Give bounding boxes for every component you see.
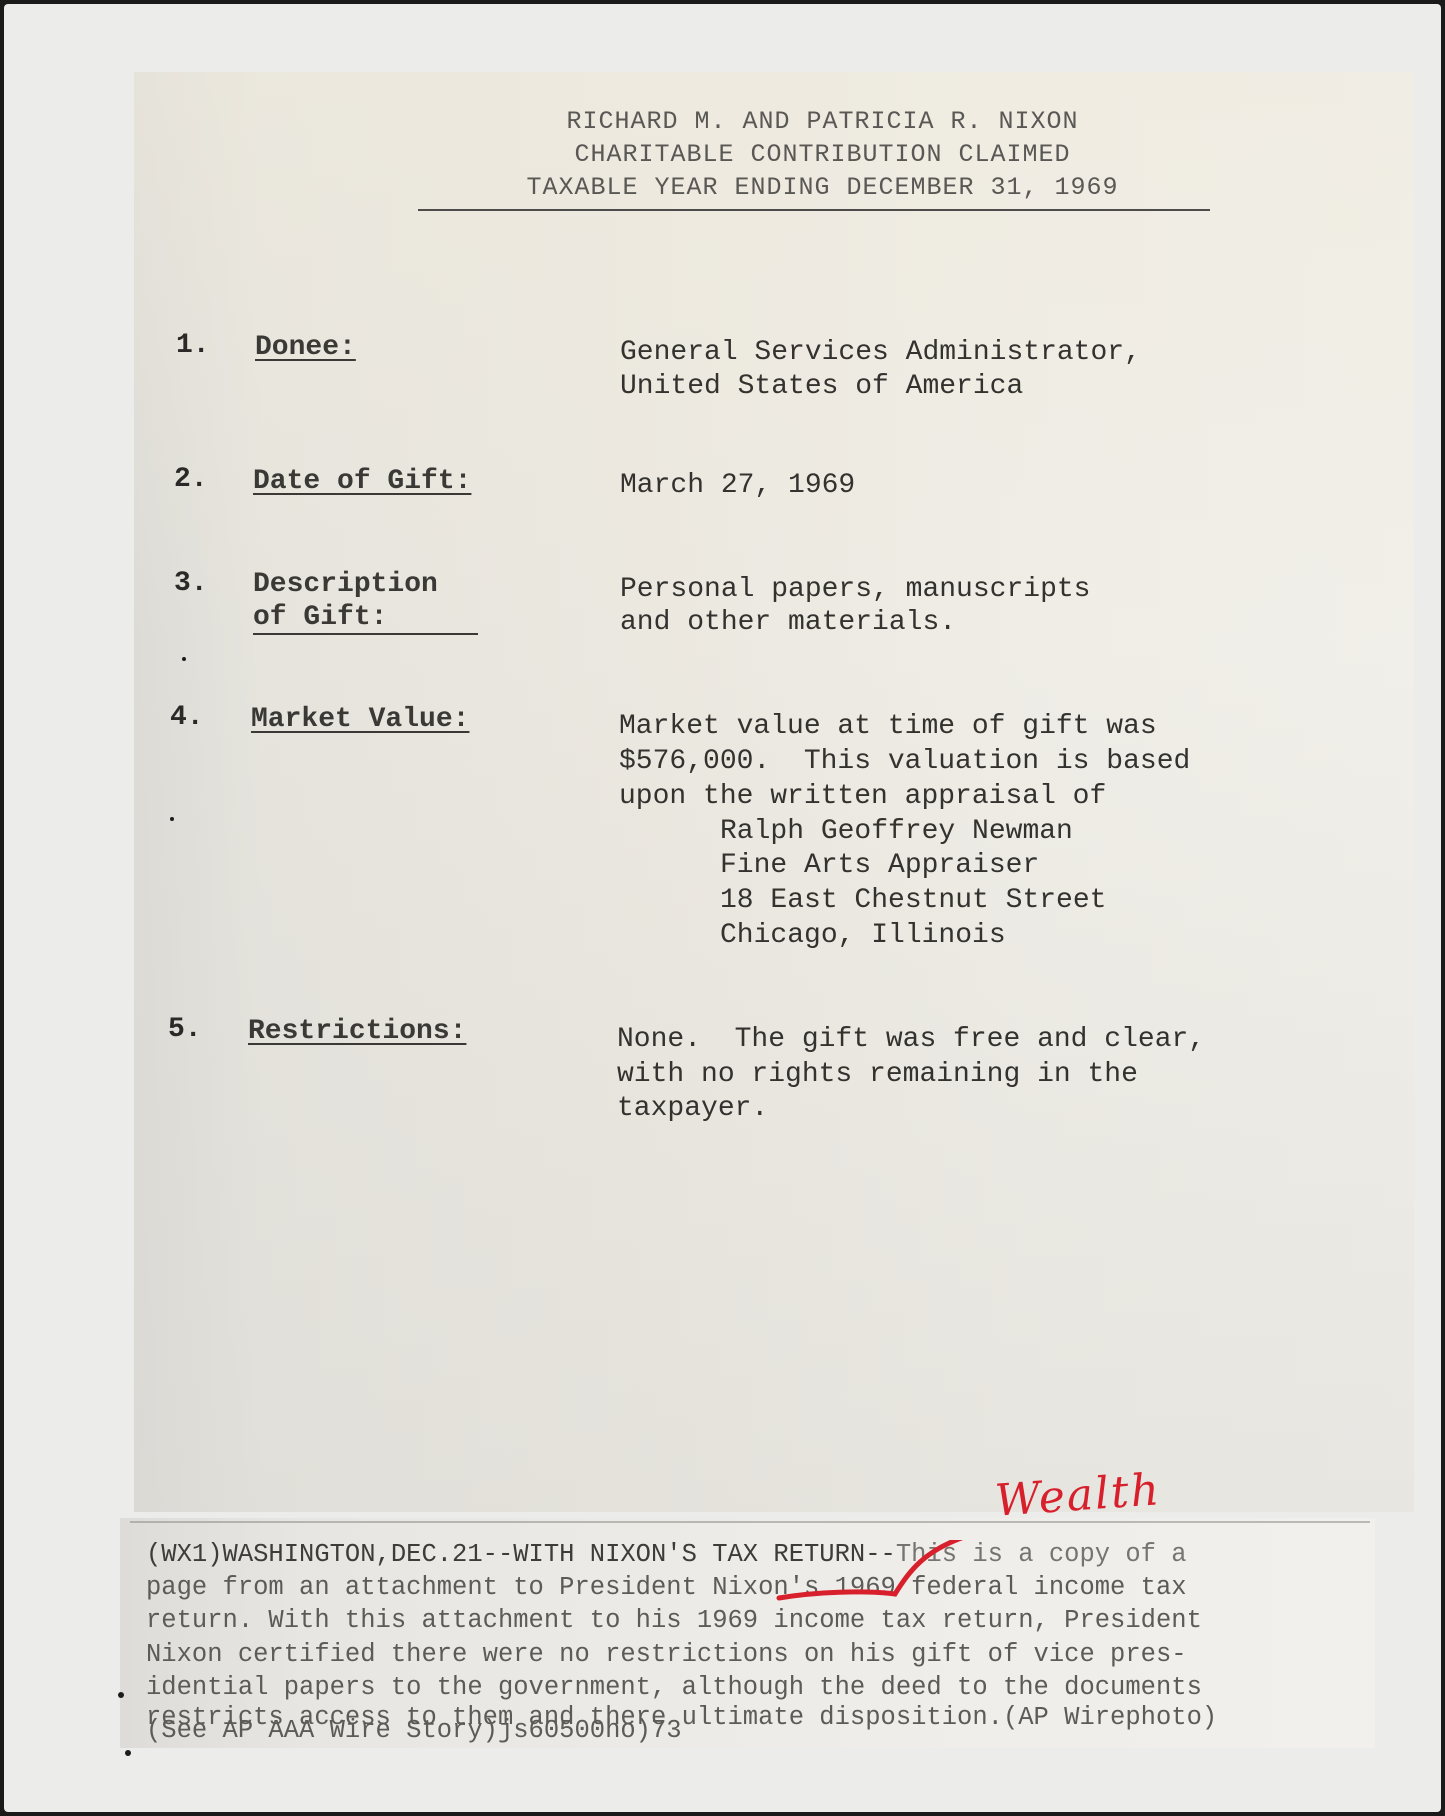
- item-2-label: Date of Gift:: [253, 464, 471, 499]
- red-check-mark-icon: [775, 1540, 1015, 1630]
- margin-dot: [170, 817, 174, 821]
- margin-dot: [125, 1750, 131, 1756]
- caption-line-1: (WX1)WASHINGTON,DEC.21--WITH NIXON'S TAX…: [146, 1538, 1187, 1571]
- item-4-label: Market Value:: [251, 702, 469, 737]
- item-4-number: 4.: [170, 700, 204, 735]
- caption-divider: [130, 1521, 1370, 1523]
- margin-dot: [118, 1692, 124, 1698]
- item-3-number: 3.: [174, 566, 208, 601]
- caption-line-7: (See AP AAA Wire Story)js60500ho)73: [146, 1714, 682, 1747]
- item-1-number: 1.: [176, 328, 210, 363]
- caption-line-5: idential papers to the government, altho…: [146, 1671, 1202, 1704]
- appraiser-street: 18 East Chestnut Street: [720, 883, 1106, 918]
- item-1-value-line-1: General Services Administrator,: [620, 335, 1141, 370]
- item-3-label-line-2: of Gift:: [253, 600, 387, 635]
- item-3-value-line-2: and other materials.: [620, 605, 956, 640]
- caption-line-4: Nixon certified there were no restrictio…: [146, 1638, 1187, 1671]
- appraiser-title: Fine Arts Appraiser: [720, 848, 1039, 883]
- item-3-value-line-1: Personal papers, manuscripts: [620, 572, 1090, 607]
- item-5-value-line-3: taxpayer.: [617, 1091, 768, 1126]
- header-underline: [418, 209, 1210, 211]
- margin-dot: [182, 657, 186, 661]
- item-3-label-line-1: Description: [253, 567, 438, 602]
- caption-line-2: page from an attachment to President Nix…: [146, 1571, 1187, 1604]
- item-4-value-line-3: upon the written appraisal of: [619, 779, 1106, 814]
- item-5-number: 5.: [168, 1012, 202, 1047]
- header-line-3: TAXABLE YEAR ENDING DECEMBER 31, 1969: [100, 172, 1445, 203]
- item-1-label: Donee:: [255, 330, 356, 365]
- appraiser-city: Chicago, Illinois: [720, 918, 1006, 953]
- item-2-number: 2.: [174, 462, 208, 497]
- item-2-value: March 27, 1969: [620, 468, 855, 503]
- item-1-value-line-2: United States of America: [620, 369, 1023, 404]
- item-5-value-line-1: None. The gift was free and clear,: [617, 1022, 1205, 1057]
- item-5-value-line-2: with no rights remaining in the: [617, 1057, 1138, 1092]
- caption-line-3: return. With this attachment to his 1969…: [146, 1604, 1202, 1637]
- item-4-value-line-2: $576,000. This valuation is based: [619, 744, 1190, 779]
- appraiser-name: Ralph Geoffrey Newman: [720, 814, 1073, 849]
- item-5-label: Restrictions:: [248, 1014, 466, 1049]
- header-line-1: RICHARD M. AND PATRICIA R. NIXON: [100, 106, 1445, 137]
- item-4-value-line-1: Market value at time of gift was: [619, 709, 1157, 744]
- item-3-label-underline: [253, 633, 478, 635]
- header-line-2: CHARITABLE CONTRIBUTION CLAIMED: [100, 139, 1445, 170]
